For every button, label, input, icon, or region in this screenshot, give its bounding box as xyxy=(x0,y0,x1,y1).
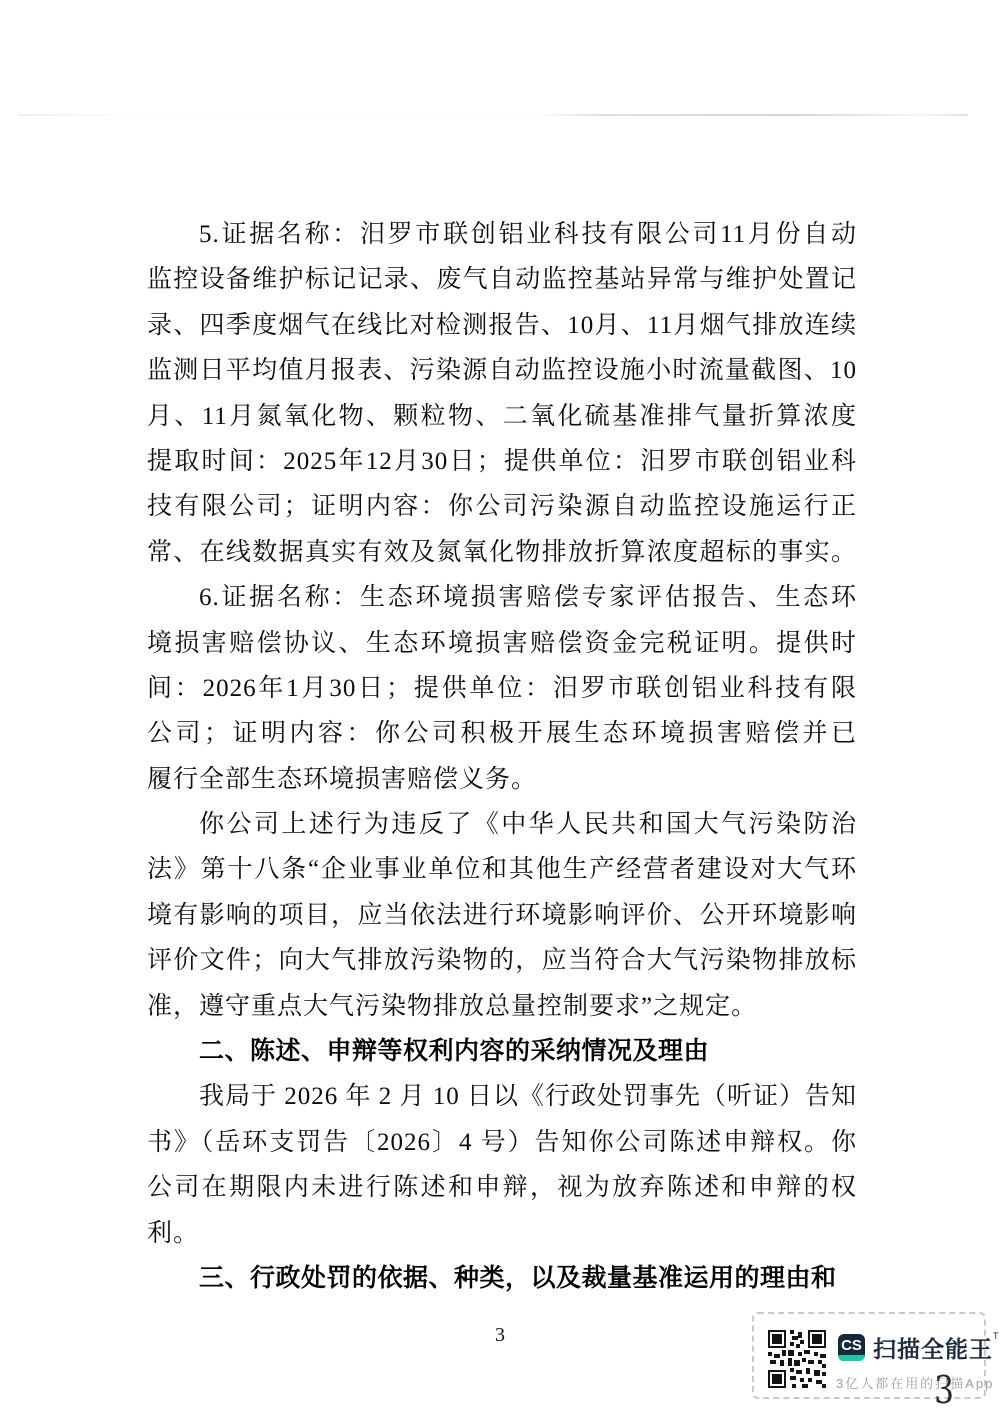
body-text-line: 你公司上述行为违反了《中华人民共和国大气污染防治 xyxy=(147,802,857,847)
body-text-line: 境损害赔偿协议、生态环境损害赔偿资金完税证明。提供时 xyxy=(147,621,857,666)
body-text-line: 5.证据名称：汨罗市联创铝业科技有限公司11月份自动 xyxy=(147,212,857,257)
camscanner-brand-row: CS 扫描全能王TM xyxy=(838,1333,1000,1361)
body-text-line: 月、11月氮氧化物、颗粒物、二氧化硫基准排气量折算浓度表； xyxy=(147,394,857,439)
body-text-line: 公司在期限内未进行陈述和申辩，视为放弃陈述和申辩的权 xyxy=(147,1165,857,1210)
body-text-line: 提取时间：2025年12月30日；提供单位：汨罗市联创铝业科 xyxy=(147,439,857,484)
body-text-line: 6.证据名称：生态环境损害赔偿专家评估报告、生态环 xyxy=(147,575,857,620)
body-text-line: 法》第十八条“企业事业单位和其他生产经营者建设对大气环 xyxy=(147,847,857,892)
camscanner-logo-text: CS xyxy=(841,1338,862,1353)
handwritten-page-number: 3 xyxy=(934,1368,954,1412)
camscanner-tagline: 3亿人都在用的扫描App xyxy=(836,1373,994,1392)
body-text-line: 利。 xyxy=(147,1211,857,1256)
body-text-line: 监测日平均值月报表、污染源自动监控设施小时流量截图、10 xyxy=(147,348,857,393)
body-text-line: 准，遵守重点大气污染物排放总量控制要求”之规定。 xyxy=(147,984,857,1029)
body-text-line: 间：2026年1月30日；提供单位：汨罗市联创铝业科技有限 xyxy=(147,666,857,711)
camscanner-logo-icon: CS xyxy=(838,1334,865,1361)
body-text-line: 公司；证明内容：你公司积极开展生态环境损害赔偿并已 xyxy=(147,711,857,756)
document-body: 5.证据名称：汨罗市联创铝业科技有限公司11月份自动监控设备维护标记记录、废气自… xyxy=(147,212,857,1301)
camscanner-app-name: 扫描全能王TM xyxy=(873,1331,1000,1364)
qr-code-icon xyxy=(768,1330,826,1388)
body-text-line: 我局于 2026 年 2 月 10 日以《行政处罚事先（听证）告知 xyxy=(147,1074,857,1119)
body-text-line: 监控设备维护标记记录、废气自动监控基站异常与维护处置记 xyxy=(147,257,857,302)
scan-artifact-line xyxy=(18,114,968,116)
scanned-document-page: 5.证据名称：汨罗市联创铝业科技有限公司11月份自动监控设备维护标记记录、废气自… xyxy=(0,0,1000,1415)
section-heading: 三、行政处罚的依据、种类，以及裁量基准运用的理由和 xyxy=(147,1256,857,1301)
camscanner-logo-green-bar xyxy=(838,1355,865,1361)
body-text-line: 技有限公司；证明内容：你公司污染源自动监控设施运行正 xyxy=(147,484,857,529)
body-text-line: 常、在线数据真实有效及氮氧化物排放折算浓度超标的事实。 xyxy=(147,530,857,575)
section-heading: 二、陈述、申辩等权利内容的采纳情况及理由 xyxy=(147,1029,857,1074)
body-text-line: 境有影响的项目，应当依法进行环境影响评价、公开环境影响 xyxy=(147,893,857,938)
body-text-line: 履行全部生态环境损害赔偿义务。 xyxy=(147,757,857,802)
trademark-mark: TM xyxy=(993,1331,1000,1341)
body-text-line: 评价文件；向大气排放污染物的，应当符合大气污染物排放标 xyxy=(147,938,857,983)
body-text-line: 录、四季度烟气在线比对检测报告、10月、11月烟气排放连续 xyxy=(147,303,857,348)
body-text-line: 书》（岳环支罚告〔2026〕4 号）告知你公司陈述申辩权。你 xyxy=(147,1120,857,1165)
